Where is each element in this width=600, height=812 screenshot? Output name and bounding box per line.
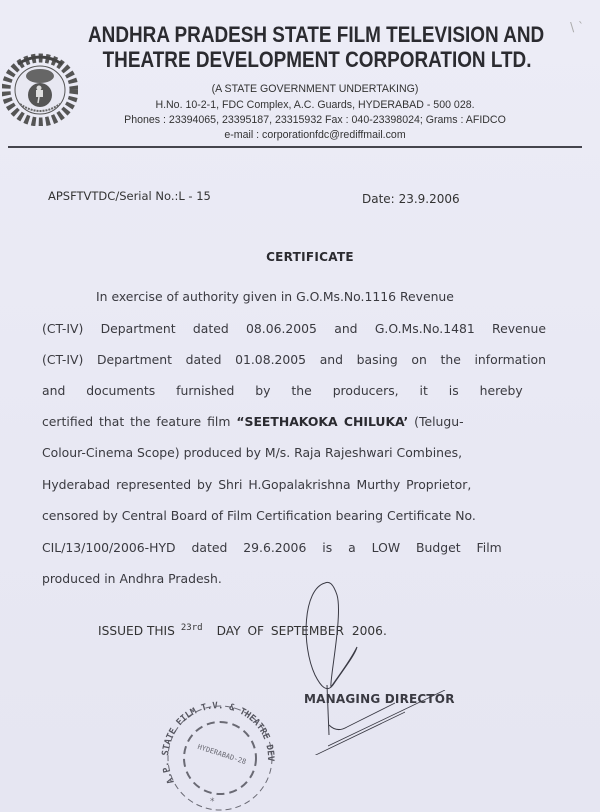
certificate-page: ANDHRA PRADESH STATE FILM TELEVISION AND… xyxy=(0,0,600,812)
issued-day: 23rd xyxy=(181,623,203,633)
body-line: (CT-IV) Department dated 01.08.2005 and … xyxy=(42,352,546,367)
stamp-inner-text: HYDERABAD-28 xyxy=(197,743,248,766)
serial-label: APSFTVTDC/Serial No.: xyxy=(48,189,178,203)
organization-address: H.No. 10-2-1, FDC Complex, A.C. Guards, … xyxy=(90,99,540,111)
organization-contacts: Phones : 23394065, 23395187, 23315932 Fa… xyxy=(90,114,540,126)
organization-email: e-mail : corporationfdc@rediffmail.com xyxy=(90,129,540,141)
corporation-emblem-icon xyxy=(2,46,78,126)
body-line-film: certified that the feature film “SEETHAK… xyxy=(42,414,546,429)
signature-underline-stroke-icon xyxy=(328,690,478,750)
stamp-outer-text: A.P. STATE FILM T.V. & THEATRE DEVT. COR… xyxy=(160,690,275,785)
film-line-prefix: certified that the feature film xyxy=(42,414,236,429)
serial-value: L - 15 xyxy=(178,189,211,203)
date-value: 23.9.2006 xyxy=(399,192,460,206)
date-label: Date: xyxy=(362,192,395,206)
office-seal-stamp-icon: A.P. STATE FILM T.V. & THEATRE DEVT. COR… xyxy=(160,690,280,812)
certificate-title: CERTIFICATE xyxy=(0,250,600,264)
body-line: CIL/13/100/2006-HYD dated 29.6.2006 is a… xyxy=(42,540,546,555)
organization-name-line2: THEATRE DEVELOPMENT CORPORATION LTD. xyxy=(103,47,532,72)
body-line: censored by Central Board of Film Certif… xyxy=(42,508,546,523)
issued-prefix: ISSUED THIS xyxy=(98,624,175,638)
organization-name-line1: ANDHRA PRADESH STATE FILM TELEVISION AND xyxy=(88,22,544,47)
body-line: (CT-IV) Department dated 08.06.2005 and … xyxy=(42,321,546,336)
body-line: Hyderabad represented by Shri H.Gopalakr… xyxy=(42,477,546,492)
letterhead-divider xyxy=(8,146,582,148)
serial-number: APSFTVTDC/Serial No.:L - 15 xyxy=(48,189,211,203)
svg-text:*: * xyxy=(210,797,215,807)
film-name: “SEETHAKOKA CHILUKA’ xyxy=(236,414,408,429)
svg-text:A.P. STATE FILM T.V. & THEATRE: A.P. STATE FILM T.V. & THEATRE DEVT. COR… xyxy=(160,690,275,785)
film-line-suffix: (Telugu- xyxy=(408,414,463,429)
body-line: In exercise of authority given in G.O.Ms… xyxy=(96,289,546,304)
document-date: Date: 23.9.2006 xyxy=(362,192,460,206)
body-line: Colour-Cinema Scope) produced by M/s. Ra… xyxy=(42,445,546,460)
body-line: and documents furnished by the producers… xyxy=(42,383,546,398)
scan-mark: \ ` xyxy=(570,20,584,34)
organization-tagline: (A STATE GOVERNMENT UNDERTAKING) xyxy=(90,83,540,95)
